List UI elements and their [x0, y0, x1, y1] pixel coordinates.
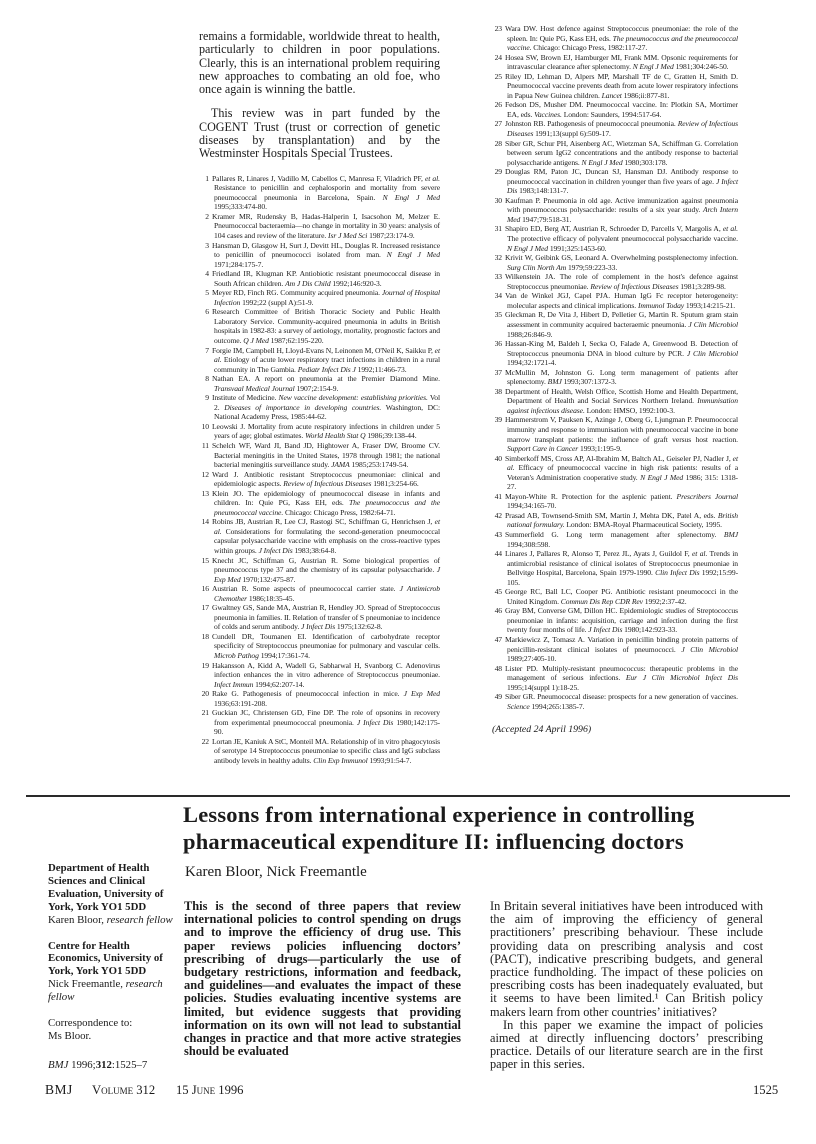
article-sidebar: Department of Health Sciences and Clinic… — [48, 862, 182, 1072]
reference-item: 14Robins JB, Austrian R, Lee CJ, Rastogi… — [199, 517, 440, 555]
reference-item: 23Wara DW. Host defence against Streptoc… — [492, 24, 738, 53]
reference-number: 45 — [492, 587, 502, 597]
reference-number: 27 — [492, 119, 502, 129]
citation-pages: :1525–7 — [112, 1059, 147, 1071]
reference-number: 3 — [199, 241, 209, 251]
reference-text: Kaufman P. Pneumonia in old age. Active … — [505, 196, 738, 224]
reference-item: 40Simberkoff MS, Cross AP, Al-Ibrahim M,… — [492, 454, 738, 492]
reference-item: 20Rake G. Pathogenesis of pneumococcal i… — [199, 689, 440, 708]
reference-text: Prasad AB, Townsend-Smith SM, Martin J, … — [505, 511, 738, 530]
reference-text: Friedland IR, Klugman KP. Antiobiotic re… — [212, 269, 440, 288]
reference-text: Meyer RD, Finch RG. Community acquired p… — [212, 288, 440, 307]
citation-volume: 312 — [96, 1059, 112, 1071]
reference-text: Douglas RM, Paton JC, Duncan SJ, Hansman… — [505, 167, 738, 195]
reference-item: 19Hakansson A, Kidd A, Wadell G, Sabharw… — [199, 661, 440, 690]
reference-item: 31Shapiro ED, Berg AT, Austrian R, Schro… — [492, 224, 738, 253]
reference-text: Lortan JE, Kaniuk A StC, Monteil MA. Rel… — [212, 737, 440, 765]
reference-item: 25Riley ID, Lehman D, Alpers MP, Marshal… — [492, 72, 738, 101]
reference-text: Robins JB, Austrian R, Lee CJ, Rastogi S… — [212, 517, 440, 555]
reference-text: Hassan-King M, Baldeh I, Secka O, Falade… — [505, 339, 738, 367]
reference-item: 1Pallares R, Linares J, Vadillo M, Cabel… — [199, 174, 440, 212]
affiliation-address: Department of Health Sciences and Clinic… — [48, 862, 163, 913]
footer-journal-name: BMJ — [45, 1082, 73, 1098]
reference-number: 11 — [199, 441, 209, 451]
reference-number: 20 — [199, 689, 209, 699]
reference-number: 12 — [199, 470, 209, 480]
reference-number: 35 — [492, 310, 502, 320]
reference-text: Gwaltney GS, Sande MA, Austrian R, Hendl… — [212, 603, 440, 631]
references-column-right: 23Wara DW. Host defence against Streptoc… — [492, 24, 738, 745]
affiliation-block: Department of Health Sciences and Clinic… — [48, 862, 182, 927]
reference-item: 28Siber GR, Schur PH, Aisenberg AC, Wiet… — [492, 139, 738, 168]
reference-number: 6 — [199, 307, 209, 317]
reference-item: 41Mayon-White R. Protection for the aspl… — [492, 492, 738, 511]
reference-text: Wilkenstein JA. The role of complement i… — [505, 272, 738, 291]
reference-number: 16 — [199, 584, 209, 594]
reference-text: Nathan EA. A report on pneumonia at the … — [212, 374, 440, 393]
reference-text: Hansman D, Glasgow H, Surt J, Devitt HL,… — [212, 241, 440, 269]
reference-item: 18Cundell DR, Toumanen EI. Identificatio… — [199, 632, 440, 661]
reference-number: 23 — [492, 24, 502, 34]
reference-text: George RC, Ball LC, Cooper PG. Antibioti… — [505, 587, 738, 606]
reference-number: 14 — [199, 517, 209, 527]
reference-text: Rake G. Pathogenesis of pneumococcal inf… — [212, 689, 440, 708]
reference-number: 47 — [492, 635, 502, 645]
reference-item: 13Klein JO. The epidemiology of pneumoco… — [199, 489, 440, 518]
body-paragraph: In Britain several initiatives have been… — [490, 900, 763, 1019]
footer-page-number: 1525 — [753, 1083, 778, 1098]
reference-text: Van de Winkel JGJ, Capel PJA. Human IgG … — [505, 291, 738, 310]
reference-item: 15Knecht JC, Schiffman G, Austrian R. So… — [199, 556, 440, 585]
reference-number: 25 — [492, 72, 502, 82]
reference-item: 9Institute of Medicine. New vaccine deve… — [199, 393, 440, 422]
reference-text: Fedson DS, Musher DM. Pneumococcal vacci… — [505, 100, 738, 119]
reference-text: Krivit W, Geibink GS, Leonard A. Overwhe… — [505, 253, 738, 272]
reference-number: 40 — [492, 454, 502, 464]
reference-text: Hammerstrom V, Pauksen K, Azinge J, Ober… — [505, 415, 738, 453]
reference-text: McMullin M, Johnston G. Long term manage… — [505, 368, 738, 387]
accepted-date: (Accepted 24 April 1996) — [492, 724, 738, 735]
reference-number: 39 — [492, 415, 502, 425]
reference-item: 17Gwaltney GS, Sande MA, Austrian R, Hen… — [199, 603, 440, 632]
reference-number: 13 — [199, 489, 209, 499]
reference-item: 38Department of Health, Welsh Office, Sc… — [492, 387, 738, 416]
reference-item: 8Nathan EA. A report on pneumonia at the… — [199, 374, 440, 393]
reference-item: 33Wilkenstein JA. The role of complement… — [492, 272, 738, 291]
reference-number: 44 — [492, 549, 502, 559]
reference-number: 17 — [199, 603, 209, 613]
reference-text: Siber GR. Pneumococcal disease: prospect… — [505, 692, 738, 711]
reference-text: Kramer MR, Rudensky B, Hadas-Halperin I,… — [212, 212, 440, 240]
reference-number: 43 — [492, 530, 502, 540]
reference-text: Knecht JC, Schiffman G, Austrian R. Some… — [212, 556, 440, 584]
reference-item: 36Hassan-King M, Baldeh I, Secka O, Fala… — [492, 339, 738, 368]
reference-number: 15 — [199, 556, 209, 566]
reference-number: 32 — [492, 253, 502, 263]
affiliation-person: Nick Freemantle, — [48, 978, 126, 990]
reference-text: Shapiro ED, Berg AT, Austrian R, Schroed… — [505, 224, 738, 252]
reference-number: 29 — [492, 167, 502, 177]
reference-text: Hosea SW, Brown EJ, Hamburger MI, Frank … — [505, 53, 738, 72]
reference-number: 46 — [492, 606, 502, 616]
reference-number: 30 — [492, 196, 502, 206]
reference-number: 33 — [492, 272, 502, 282]
correspondence-name: Ms Bloor. — [48, 1030, 91, 1042]
reference-item: 46Gray BM, Converse GM, Dillon HC. Epide… — [492, 606, 738, 635]
reference-text: Research Committee of British Thoracic S… — [212, 307, 440, 345]
reference-number: 28 — [492, 139, 502, 149]
reference-text: Austrian R. Some aspects of pneumococcal… — [212, 584, 440, 603]
reference-number: 38 — [492, 387, 502, 397]
references-column-left: remains a formidable, worldwide threat t… — [199, 30, 440, 766]
reference-item: 12Ward J. Antibiotic resistant Streptoco… — [199, 470, 440, 489]
reference-number: 1 — [199, 174, 209, 184]
reference-text: Ward J. Antibiotic resistant Streptococc… — [212, 470, 440, 489]
reference-text: Institute of Medicine. New vaccine devel… — [212, 393, 440, 421]
reference-text: Guckian JC, Christensen GD, Fine DP. The… — [212, 708, 440, 736]
reference-item: 11Schelch WF, Ward JI, Band JD, Hightowe… — [199, 441, 440, 470]
reference-number: 19 — [199, 661, 209, 671]
reference-number: 41 — [492, 492, 502, 502]
reference-text: Hakansson A, Kidd A, Wadell G, Sabharwal… — [212, 661, 440, 689]
reference-item: 47Markiewicz Z, Tomasz A. Variation in p… — [492, 635, 738, 664]
reference-item: 24Hosea SW, Brown EJ, Hamburger MI, Fran… — [492, 53, 738, 72]
reference-item: 49Siber GR. Pneumococcal disease: prospe… — [492, 692, 738, 711]
page-footer: BMJ Volume 312 15 June 1996 1525 — [0, 1082, 816, 1102]
reference-text: Pallares R, Linares J, Vadillo M, Cabell… — [212, 174, 440, 212]
footer-issue-date: 15 June 1996 — [176, 1083, 243, 1098]
reference-number: 24 — [492, 53, 502, 63]
reference-item: 10Leowski J. Mortality from acute respir… — [199, 422, 440, 441]
reference-text: Summerfield G. Long term management afte… — [505, 530, 738, 549]
reference-item: 4Friedland IR, Klugman KP. Antiobiotic r… — [199, 269, 440, 288]
citation-year: 1996; — [68, 1059, 95, 1071]
reference-item: 6Research Committee of British Thoracic … — [199, 307, 440, 345]
affiliation-address: Centre for Health Economics, University … — [48, 940, 163, 978]
reference-item: 43Summerfield G. Long term management af… — [492, 530, 738, 549]
reference-number: 22 — [199, 737, 209, 747]
reference-item: 48Lister PD. Multiply-resistant pneumoco… — [492, 664, 738, 693]
affiliation-block: Centre for Health Economics, University … — [48, 940, 182, 1005]
reference-item: 37McMullin M, Johnston G. Long term mana… — [492, 368, 738, 387]
reference-item: 45George RC, Ball LC, Cooper PG. Antibio… — [492, 587, 738, 606]
reference-item: 7Forgie IM, Campbell H, Lloyd-Evans N, L… — [199, 346, 440, 375]
correspondence-block: Correspondence to: Ms Bloor. — [48, 1017, 182, 1043]
article-citation: BMJ 1996;312:1525–7 — [48, 1059, 182, 1072]
reference-number: 18 — [199, 632, 209, 642]
reference-item: 2Kramer MR, Rudensky B, Hadas-Halperin I… — [199, 212, 440, 241]
reference-text: Wara DW. Host defence against Streptococ… — [505, 24, 738, 52]
reference-item: 29Douglas RM, Paton JC, Duncan SJ, Hansm… — [492, 167, 738, 196]
reference-item: 30Kaufman P. Pneumonia in old age. Activ… — [492, 196, 738, 225]
reference-number: 4 — [199, 269, 209, 279]
reference-number: 10 — [199, 422, 209, 432]
reference-text: Riley ID, Lehman D, Alpers MP, Marshall … — [505, 72, 738, 100]
reference-number: 2 — [199, 212, 209, 222]
reference-item: 16Austrian R. Some aspects of pneumococc… — [199, 584, 440, 603]
reference-number: 34 — [492, 291, 502, 301]
reference-text: Gray BM, Converse GM, Dillon HC. Epidemi… — [505, 606, 738, 634]
reference-number: 9 — [199, 393, 209, 403]
reference-text: Lister PD. Multiply-resistant pneumococc… — [505, 664, 738, 692]
reference-item: 44Linares J, Pallares R, Alonso T, Perez… — [492, 549, 738, 587]
journal-page: remains a formidable, worldwide threat t… — [0, 0, 816, 1144]
citation-journal: BMJ — [48, 1059, 68, 1071]
reference-text: Department of Health, Welsh Office, Scot… — [505, 387, 738, 415]
reference-item: 5Meyer RD, Finch RG. Community acquired … — [199, 288, 440, 307]
article-abstract: This is the second of three papers that … — [184, 900, 461, 1058]
affiliation-role: research fellow — [107, 914, 173, 926]
reference-item: 27Johnston RB. Pathogenesis of pneumococ… — [492, 119, 738, 138]
reference-number: 36 — [492, 339, 502, 349]
reference-text: Leowski J. Mortality from acute respirat… — [212, 422, 440, 441]
reference-number: 5 — [199, 288, 209, 298]
reference-text: Johnston RB. Pathogenesis of pneumococca… — [505, 119, 738, 138]
reference-number: 42 — [492, 511, 502, 521]
correspondence-label: Correspondence to: — [48, 1017, 132, 1029]
funding-note: This review was in part funded by the CO… — [199, 107, 440, 160]
reference-text: Schelch WF, Ward JI, Band JD, Hightower … — [212, 441, 440, 469]
reference-text: Mayon-White R. Protection for the asplen… — [505, 492, 738, 511]
article-title: Lessons from international experience in… — [183, 801, 771, 855]
reference-number: 48 — [492, 664, 502, 674]
reference-number: 21 — [199, 708, 209, 718]
reference-number: 8 — [199, 374, 209, 384]
reference-item: 42Prasad AB, Townsend-Smith SM, Martin J… — [492, 511, 738, 530]
reference-item: 34Van de Winkel JGJ, Capel PJA. Human Ig… — [492, 291, 738, 310]
reference-item: 26Fedson DS, Musher DM. Pneumococcal vac… — [492, 100, 738, 119]
article-authors: Karen Bloor, Nick Freemantle — [185, 864, 367, 881]
reference-item: 22Lortan JE, Kaniuk A StC, Monteil MA. R… — [199, 737, 440, 766]
reference-number: 37 — [492, 368, 502, 378]
reference-list-left: 1Pallares R, Linares J, Vadillo M, Cabel… — [199, 174, 440, 766]
footer-volume-label: Volume 312 — [92, 1083, 155, 1098]
reference-text: Forgie IM, Campbell H, Lloyd-Evans N, Le… — [212, 346, 440, 374]
reference-text: Linares J, Pallares R, Alonso T, Perez J… — [505, 549, 738, 587]
article-body: In Britain several initiatives have been… — [490, 900, 763, 1072]
reference-text: Simberkoff MS, Cross AP, Al-Ibrahim M, B… — [505, 454, 738, 492]
reference-number: 7 — [199, 346, 209, 356]
section-divider — [26, 795, 790, 797]
reference-number: 49 — [492, 692, 502, 702]
reference-text: Klein JO. The epidemiology of pneumococc… — [212, 489, 440, 517]
reference-number: 31 — [492, 224, 502, 234]
reference-text: Cundell DR, Toumanen EI. Identification … — [212, 632, 440, 660]
reference-text: Siber GR, Schur PH, Aisenberg AC, Wietzm… — [505, 139, 738, 167]
affiliation-person: Karen Bloor, — [48, 914, 107, 926]
reference-text: Gleckman R, De Vita J, Hibert D, Pelleti… — [505, 310, 738, 338]
reference-item: 21Guckian JC, Christensen GD, Fine DP. T… — [199, 708, 440, 737]
reference-list-right: 23Wara DW. Host defence against Streptoc… — [492, 24, 738, 711]
reference-item: 39Hammerstrom V, Pauksen K, Azinge J, Ob… — [492, 415, 738, 453]
reference-item: 32Krivit W, Geibink GS, Leonard A. Overw… — [492, 253, 738, 272]
body-paragraph: In this paper we examine the impact of p… — [490, 1019, 763, 1072]
reference-item: 35Gleckman R, De Vita J, Hibert D, Pelle… — [492, 310, 738, 339]
continuation-paragraph: remains a formidable, worldwide threat t… — [199, 30, 440, 96]
reference-text: Markiewicz Z, Tomasz A. Variation in pen… — [505, 635, 738, 663]
reference-item: 3Hansman D, Glasgow H, Surt J, Devitt HL… — [199, 241, 440, 270]
reference-number: 26 — [492, 100, 502, 110]
